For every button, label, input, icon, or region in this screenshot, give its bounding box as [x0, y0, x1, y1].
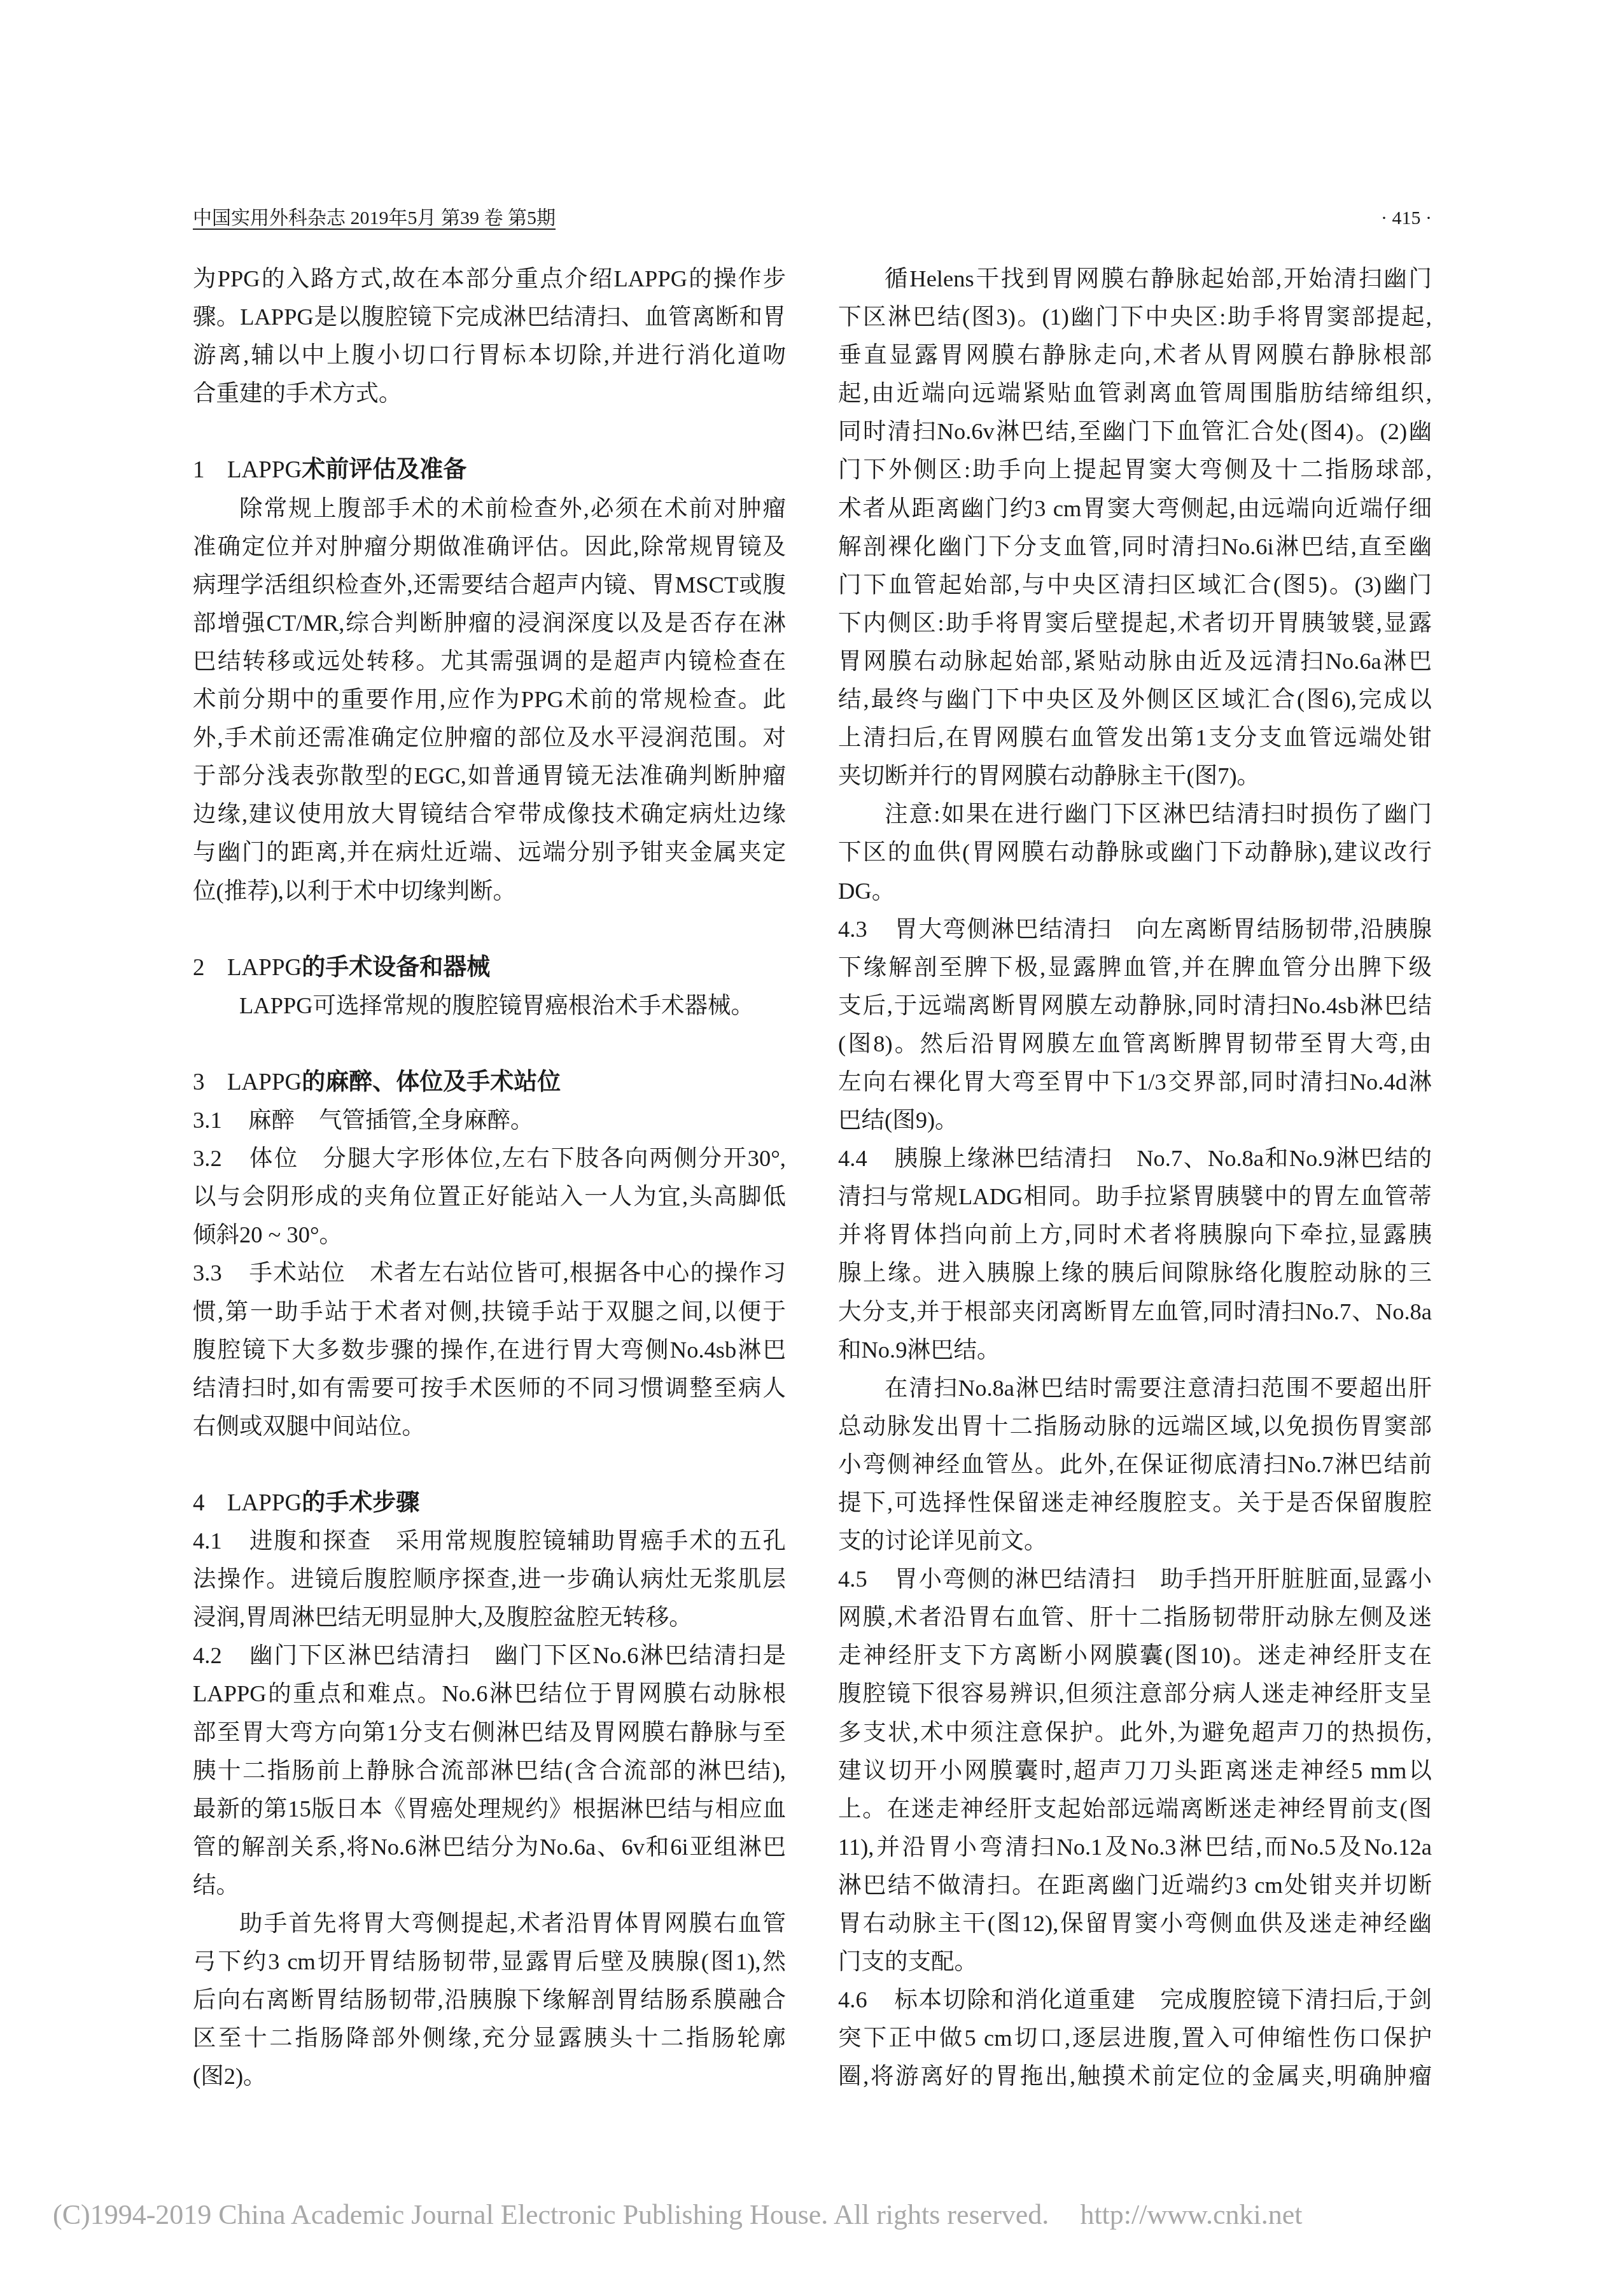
text-line: 准确定位并对肿瘤分期做准确评估。因此,除常规胃镜及	[193, 528, 786, 566]
text-line: 和No.9淋巴结。	[838, 1331, 1432, 1369]
subsection-number: 3.3	[193, 1254, 248, 1292]
text-line-content: 分腿大字形体位,左右下肢各向两侧分开30°,	[323, 1145, 786, 1171]
paragraph-note: 注意:如果在进行幽门下区淋巴结清扫时损伤了幽门 下区的血供(胃网膜右动静脉或幽门…	[838, 795, 1432, 910]
subsection-title: 进腹和探查	[248, 1528, 372, 1554]
text-line: 为PPG的入路方式,故在本部分重点介绍LAPPG的操作步	[193, 260, 786, 298]
subsection-number: 4.3	[838, 910, 893, 948]
text-line: 胃右动脉主干(图12),保留胃窦小弯侧血供及迷走神经幽	[838, 1904, 1432, 1943]
subsection-number: 3.2	[193, 1139, 248, 1178]
text-line: 弓下约3 cm切开胃结肠韧带,显露胃后壁及胰腺(图1),然	[193, 1943, 786, 1981]
text-line: 小弯侧神经血管丛。此外,在保证彻底清扫No.7淋巴结前	[838, 1445, 1432, 1484]
copyright-footer: (C)1994-2019 China Academic Journal Elec…	[53, 2201, 1302, 2229]
text-line: 于部分浅表弥散型的EGC,如普通胃镜无法准确判断肿瘤	[193, 757, 786, 795]
subsection-3-3: 3.3手术站位术者左右站位皆可,根据各中心的操作习 惯,第一助手站于术者对侧,扶…	[193, 1254, 786, 1445]
section-prefix: LAPPG	[227, 1490, 302, 1516]
text-line: 总动脉发出胃十二指肠动脉的远端区域,以免损伤胃窦部	[838, 1407, 1432, 1445]
cnki-url-text: http://www.cnki.net	[1080, 2199, 1302, 2230]
paragraph-preop-assessment: 除常规上腹部手术的术前检查外,必须在术前对肿瘤 准确定位并对肿瘤分期做准确评估。…	[193, 489, 786, 910]
right-column: 循Helens干找到胃网膜右静脉起始部,开始清扫幽门 下区淋巴结(图3)。(1)…	[838, 260, 1432, 2096]
subsection-title: 标本切除和消化道重建	[893, 1986, 1136, 2013]
text-line: 除常规上腹部手术的术前检查外,必须在术前对肿瘤	[193, 489, 786, 528]
text-line: (图2)。	[193, 2057, 786, 2095]
text-line: 法操作。进镜后腹腔顺序探查,进一步确认病灶无浆肌层	[193, 1560, 786, 1598]
text-line: 与幽门的距离,并在病灶近端、远端分别予钳夹金属夹定	[193, 833, 786, 871]
section-prefix: LAPPG	[227, 955, 302, 981]
section-title: 的手术设备和器械	[302, 953, 490, 981]
text-line: 部增强CT/MR,综合判断肿瘤的浸润深度以及是否存在淋	[193, 604, 786, 642]
blank-line	[193, 1025, 786, 1063]
text-line: 网膜,术者沿胃右血管、肝十二指肠韧带肝动脉左侧及迷	[838, 1598, 1432, 1636]
text-line: 浸润,胃周淋巴结无明显肿大,及腹腔盆腔无转移。	[193, 1598, 786, 1636]
subsection-first-line: 4.2幽门下区淋巴结清扫幽门下区No.6淋巴结清扫是	[193, 1636, 786, 1675]
text-line-content: 助手挡开肝脏脏面,显露小	[1160, 1566, 1432, 1592]
text-line: 倾斜20 ~ 30°。	[193, 1216, 786, 1254]
text-line-content: 气管插管,全身麻醉。	[319, 1107, 534, 1133]
text-line: 助手首先将胃大弯侧提起,术者沿胃体胃网膜右血管	[193, 1904, 786, 1943]
subsection-3-2: 3.2体位分腿大字形体位,左右下肢各向两侧分开30°, 以与会阴形成的夹角位置正…	[193, 1139, 786, 1254]
text-line: 走神经肝支下方离断小网膜囊(图10)。迷走神经肝支在	[838, 1636, 1432, 1675]
text-line: 在清扫No.8a淋巴结时需要注意清扫范围不要超出肝	[838, 1369, 1432, 1407]
text-line: 骤。LAPPG是以腹腔镜下完成淋巴结清扫、血管离断和胃	[193, 298, 786, 336]
subsection-title: 胃大弯侧淋巴结清扫	[893, 916, 1112, 942]
text-line: 上清扫后,在胃网膜右血管发出第1支分支血管远端处钳	[838, 719, 1432, 757]
subsection-first-line: 3.2体位分腿大字形体位,左右下肢各向两侧分开30°,	[193, 1139, 786, 1178]
text-line: 淋巴结不做清扫。在距离幽门近端约3 cm处钳夹并切断	[838, 1866, 1432, 1904]
text-line: 支的讨论详见前文。	[838, 1522, 1432, 1560]
text-line: 夹切断并行的胃网膜右动静脉主干(图7)。	[838, 757, 1432, 795]
subsection-number: 4.5	[838, 1560, 893, 1598]
section-heading-1: 1LAPPG术前评估及准备	[193, 451, 786, 489]
text-line: 以与会阴形成的夹角位置正好能站入一人为宜,头高脚低	[193, 1178, 786, 1216]
text-line: 结,最终与幽门下中央区及外侧区区域汇合(图6),完成以	[838, 680, 1432, 719]
section-title: 的麻醉、体位及手术站位	[302, 1068, 561, 1095]
subsection-title: 麻醉	[248, 1107, 295, 1133]
text-line: 下区的血供(胃网膜右动静脉或幽门下动静脉),建议改行	[838, 833, 1432, 871]
text-line: LAPPG的重点和难点。No.6淋巴结位于胃网膜右动脉根	[193, 1675, 786, 1713]
text-line: 合重建的手术方式。	[193, 374, 786, 412]
text-line: 11),并沿胃小弯清扫No.1及No.3淋巴结,而No.5及No.12a	[838, 1828, 1432, 1866]
text-line: 多支状,术中须注意保护。此外,为避免超声刀的热损伤,	[838, 1713, 1432, 1752]
text-line: 腹腔镜下很容易辨识,但须注意部分病人迷走神经肝支呈	[838, 1675, 1432, 1713]
text-line: 起,由近端向远端紧贴血管剥离血管周围脂肪结缔组织,	[838, 374, 1432, 412]
text-line: 术前分期中的重要作用,应作为PPG术前的常规检查。此	[193, 680, 786, 719]
text-line: 术者从距离幽门约3 cm胃窦大弯侧起,由远端向近端仔细	[838, 489, 1432, 528]
text-line: 右侧或双腿中间站位。	[193, 1407, 786, 1445]
subsection-first-line: 4.1进腹和探查采用常规腹腔镜辅助胃癌手术的五孔	[193, 1522, 786, 1560]
blank-line	[193, 1445, 786, 1484]
text-line: 巴结(图9)。	[838, 1101, 1432, 1139]
text-line: DG。	[838, 872, 1432, 910]
subsection-first-line: 4.6标本切除和消化道重建完成腹腔镜下清扫后,于剑	[838, 1981, 1432, 2019]
section-heading-3: 3LAPPG的麻醉、体位及手术站位	[193, 1063, 786, 1101]
text-line: 位(推荐),以利于术中切缘判断。	[193, 872, 786, 910]
subsection-4-5: 4.5胃小弯侧的淋巴结清扫助手挡开肝脏脏面,显露小 网膜,术者沿胃右血管、肝十二…	[838, 1560, 1432, 1981]
text-line: 腺上缘。进入胰腺上缘的胰后间隙脉络化腹腔动脉的三	[838, 1254, 1432, 1292]
text-line: 突下正中做5 cm切口,逐层进腹,置入可伸缩性伤口保护	[838, 2019, 1432, 2057]
text-line: 外,手术前还需准确定位肿瘤的部位及水平浸润范围。对	[193, 719, 786, 757]
journal-page: 中国实用外科杂志 2019年5月 第39 卷 第5期 · 415 · 为PPG的…	[0, 0, 1624, 2278]
text-line-content: No.7、No.8a和No.9淋巴结的	[1137, 1145, 1432, 1171]
text-line: 腹腔镜下大多数步骤的操作,在进行胃大弯侧No.4sb淋巴	[193, 1331, 786, 1369]
subsection-title: 手术站位	[248, 1260, 346, 1286]
section-heading-4: 4LAPPG的手术步骤	[193, 1484, 786, 1522]
section-number: 2	[193, 949, 227, 987]
text-line: 管的解剖关系,将No.6淋巴结分为No.6a、6v和6i亚组淋巴	[193, 1828, 786, 1866]
subsection-number: 4.2	[193, 1636, 248, 1675]
text-line: 下内侧区:助手将胃窦后壁提起,术者切开胃胰皱襞,显露	[838, 604, 1432, 642]
section-title: 的手术步骤	[302, 1489, 419, 1516]
page-number: · 415 ·	[1381, 208, 1432, 228]
subsection-number: 4.6	[838, 1981, 893, 2019]
text-line: 下区淋巴结(图3)。(1)幽门下中央区:助手将胃窦部提起,	[838, 298, 1432, 336]
section-number: 3	[193, 1064, 227, 1101]
text-line: (图8)。然后沿胃网膜左血管离断脾胃韧带至胃大弯,由	[838, 1025, 1432, 1063]
text-line: 大分支,并于根部夹闭离断胃左血管,同时清扫No.7、No.8a	[838, 1293, 1432, 1331]
text-line-content: 完成腹腔镜下清扫后,于剑	[1160, 1986, 1432, 2013]
section-prefix: LAPPG	[227, 457, 302, 483]
text-line: 上。在迷走神经肝支起始部远端离断迷走神经胃前支(图	[838, 1790, 1432, 1828]
text-line-content: 幽门下区No.6淋巴结清扫是	[494, 1642, 786, 1668]
text-line: 边缘,建议使用放大胃镜结合窄带成像技术确定病灶边缘	[193, 795, 786, 833]
subsection-title: 胰腺上缘淋巴结清扫	[893, 1145, 1112, 1171]
subsection-first-line: 3.1麻醉气管插管,全身麻醉。	[193, 1101, 786, 1139]
section-title: 术前评估及准备	[302, 456, 466, 483]
text-line: 并将胃体挡向前上方,同时术者将胰腺向下牵拉,显露胰	[838, 1216, 1432, 1254]
subsection-first-line: 3.3手术站位术者左右站位皆可,根据各中心的操作习	[193, 1254, 786, 1292]
left-column: 为PPG的入路方式,故在本部分重点介绍LAPPG的操作步 骤。LAPPG是以腹腔…	[193, 260, 786, 2096]
text-line: 门下外侧区:助手向上提起胃窦大弯侧及十二指肠球部,	[838, 451, 1432, 489]
subsection-first-line: 4.3胃大弯侧淋巴结清扫向左离断胃结肠韧带,沿胰腺	[838, 910, 1432, 948]
text-line: 区至十二指肠降部外侧缘,充分显露胰头十二指肠轮廓	[193, 2019, 786, 2057]
text-line: 结。	[193, 1866, 786, 1904]
text-line: 解剖裸化幽门下分支血管,同时清扫No.6i淋巴结,直至幽	[838, 528, 1432, 566]
text-line: 下缘解剖至脾下极,显露脾血管,并在脾血管分出脾下级	[838, 948, 1432, 987]
blank-line	[193, 412, 786, 451]
subsection-number: 4.1	[193, 1522, 248, 1560]
paragraph-intro: 为PPG的入路方式,故在本部分重点介绍LAPPG的操作步 骤。LAPPG是以腹腔…	[193, 260, 786, 412]
text-line: 门支的支配。	[838, 1943, 1432, 1981]
running-header-journal-info: 中国实用外科杂志 2019年5月 第39 卷 第5期	[193, 208, 556, 230]
subsection-title: 体位	[248, 1145, 298, 1171]
text-line: 垂直显露胃网膜右静脉走向,术者从胃网膜右静脉根部	[838, 336, 1432, 374]
section-number: 1	[193, 451, 227, 489]
text-line: 左向右裸化胃大弯至胃中下1/3交界部,同时清扫No.4d淋	[838, 1063, 1432, 1101]
paragraph-no8a-caution: 在清扫No.8a淋巴结时需要注意清扫范围不要超出肝 总动脉发出胃十二指肠动脉的远…	[838, 1369, 1432, 1560]
text-line: 循Helens干找到胃网膜右静脉起始部,开始清扫幽门	[838, 260, 1432, 298]
text-line: 清扫与常规LADG相同。助手拉紧胃胰襞中的胃左血管蒂	[838, 1178, 1432, 1216]
text-line-content: 术者左右站位皆可,根据各中心的操作习	[370, 1260, 786, 1286]
subsection-4-1: 4.1进腹和探查采用常规腹腔镜辅助胃癌手术的五孔 法操作。进镜后腹腔顺序探查,进…	[193, 1522, 786, 1636]
text-line: 惯,第一助手站于术者对侧,扶镜手站于双腿之间,以便于	[193, 1293, 786, 1331]
text-line: 部至胃大弯方向第1分支右侧淋巴结及胃网膜右静脉与至	[193, 1713, 786, 1752]
text-line: LAPPG可选择常规的腹腔镜胃癌根治术手术器械。	[193, 987, 786, 1025]
subsection-number: 4.4	[838, 1139, 893, 1178]
text-line: 病理学活组织检查外,还需要结合超声内镜、胃MSCT或腹	[193, 566, 786, 604]
subsection-4-2: 4.2幽门下区淋巴结清扫幽门下区No.6淋巴结清扫是 LAPPG的重点和难点。N…	[193, 1636, 786, 1904]
text-line: 同时清扫No.6v淋巴结,至幽门下血管汇合处(图4)。(2)幽	[838, 412, 1432, 451]
blank-line	[193, 910, 786, 948]
subsection-4-4: 4.4胰腺上缘淋巴结清扫No.7、No.8a和No.9淋巴结的 清扫与常规LAD…	[838, 1139, 1432, 1369]
subsection-first-line: 4.4胰腺上缘淋巴结清扫No.7、No.8a和No.9淋巴结的	[838, 1139, 1432, 1178]
text-line-content: 采用常规腹腔镜辅助胃癌手术的五孔	[396, 1528, 786, 1554]
text-line-content: 向左离断胃结肠韧带,沿胰腺	[1136, 916, 1432, 942]
text-line: 圈,将游离好的胃拖出,触摸术前定位的金属夹,明确肿瘤	[838, 2057, 1432, 2095]
subsection-number: 3.1	[193, 1101, 248, 1139]
text-line: 提下,可选择性保留迷走神经腹腔支。关于是否保留腹腔	[838, 1484, 1432, 1522]
text-line: 胰十二指肠前上静脉合流部淋巴结(含合流部的淋巴结),	[193, 1752, 786, 1790]
paragraph-gastrocolic-ligament: 助手首先将胃大弯侧提起,术者沿胃体胃网膜右血管 弓下约3 cm切开胃结肠韧带,显…	[193, 1904, 786, 2095]
paragraph-equipment: LAPPG可选择常规的腹腔镜胃癌根治术手术器械。	[193, 987, 786, 1025]
text-line: 最新的第15版日本《胃癌处理规约》根据淋巴结与相应血	[193, 1790, 786, 1828]
subsection-title: 幽门下区淋巴结清扫	[248, 1642, 470, 1668]
text-line: 门下血管起始部,与中央区清扫区域汇合(图5)。(3)幽门	[838, 566, 1432, 604]
section-prefix: LAPPG	[227, 1069, 302, 1095]
subsection-first-line: 4.5胃小弯侧的淋巴结清扫助手挡开肝脏脏面,显露小	[838, 1560, 1432, 1598]
subsection-4-3: 4.3胃大弯侧淋巴结清扫向左离断胃结肠韧带,沿胰腺 下缘解剖至脾下极,显露脾血管…	[838, 910, 1432, 1140]
text-line: 支后,于远端离断胃网膜左动静脉,同时清扫No.4sb淋巴结	[838, 987, 1432, 1025]
text-line: 游离,辅以中上腹小切口行胃标本切除,并进行消化道吻	[193, 336, 786, 374]
section-heading-2: 2LAPPG的手术设备和器械	[193, 948, 786, 987]
copyright-text: (C)1994-2019 China Academic Journal Elec…	[53, 2199, 1049, 2230]
section-number: 4	[193, 1484, 227, 1522]
paragraph-infrapyloric-dissection: 循Helens干找到胃网膜右静脉起始部,开始清扫幽门 下区淋巴结(图3)。(1)…	[838, 260, 1432, 795]
text-line: 结清扫时,如有需要可按手术医师的不同习惯调整至病人	[193, 1369, 786, 1407]
text-line: 注意:如果在进行幽门下区淋巴结清扫时损伤了幽门	[838, 795, 1432, 833]
text-line: 后向右离断胃结肠韧带,沿胰腺下缘解剖胃结肠系膜融合	[193, 1981, 786, 2019]
text-line: 胃网膜右动脉起始部,紧贴动脉由近及远清扫No.6a淋巴	[838, 642, 1432, 680]
subsection-title: 胃小弯侧的淋巴结清扫	[893, 1566, 1136, 1592]
text-line: 巴结转移或远处转移。尤其需强调的是超声内镜检查在	[193, 642, 786, 680]
text-line: 建议切开小网膜囊时,超声刀刀头距离迷走神经5 mm以	[838, 1752, 1432, 1790]
subsection-3-1: 3.1麻醉气管插管,全身麻醉。	[193, 1101, 786, 1139]
subsection-4-6: 4.6标本切除和消化道重建完成腹腔镜下清扫后,于剑 突下正中做5 cm切口,逐层…	[838, 1981, 1432, 2095]
